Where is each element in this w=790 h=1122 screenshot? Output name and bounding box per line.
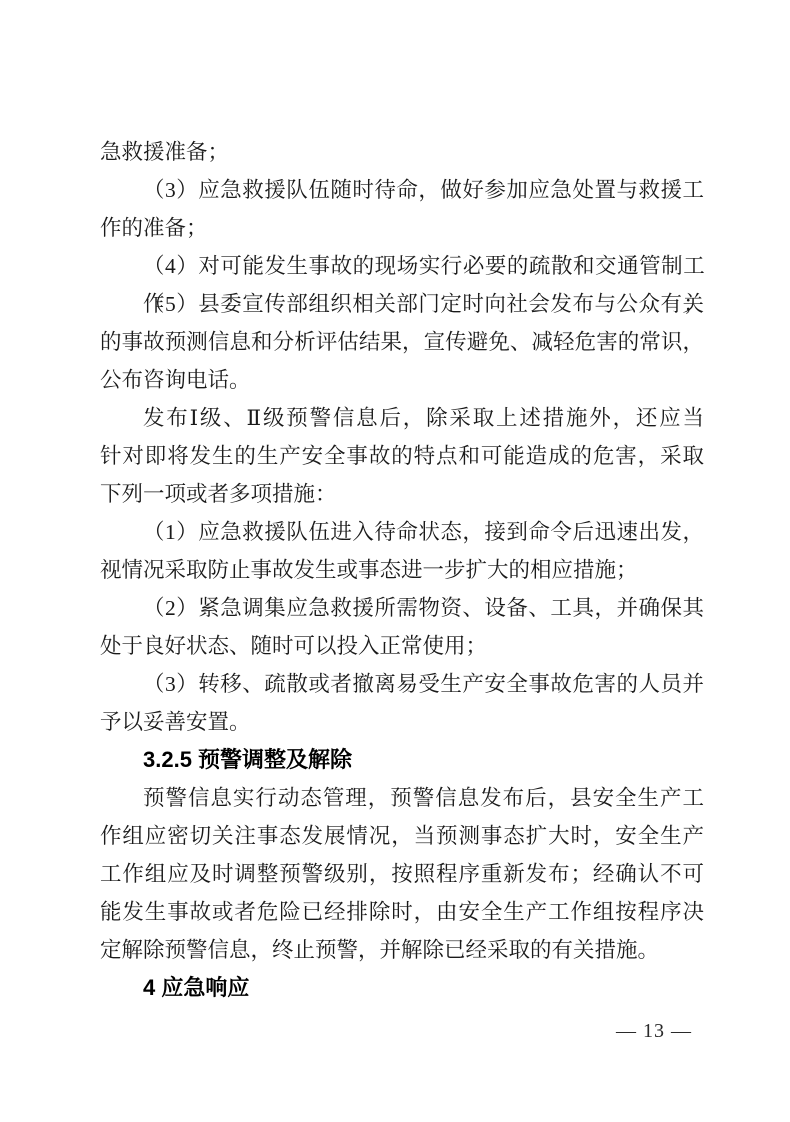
text-line: 作组应密切关注事态发展情况，当预测事态扩大时，安全生产 <box>100 817 704 855</box>
text-line: 下列一项或者多项措施： <box>100 475 704 513</box>
document-body: 急救援准备；（3）应急救援队伍随时待命，做好参加应急处置与救援工作的准备；（4）… <box>100 133 704 1007</box>
text-line: （5）县委宣传部组织相关部门定时向社会发布与公众有关 <box>100 285 704 323</box>
text-line: 定解除预警信息，终止预警，并解除已经采取的有关措施。 <box>100 931 704 969</box>
text-line: （3）应急救援队伍随时待命，做好参加应急处置与救援工 <box>100 171 704 209</box>
text-line: 能发生事故或者危险已经排除时，由安全生产工作组按程序决 <box>100 893 704 931</box>
text-line: 工作组应及时调整预警级别，按照程序重新发布；经确认不可 <box>100 855 704 893</box>
text-line: （1）应急救援队伍进入待命状态，接到命令后迅速出发， <box>100 513 704 551</box>
section-heading: 3.2.5 预警调整及解除 <box>100 741 704 779</box>
text-line: 作的准备； <box>100 209 704 247</box>
document-page: 急救援准备；（3）应急救援队伍随时待命，做好参加应急处置与救援工作的准备；（4）… <box>0 0 790 1122</box>
text-line: 急救援准备； <box>100 133 704 171</box>
text-line: （4）对可能发生事故的现场实行必要的疏散和交通管制工作； <box>100 247 704 285</box>
text-line: 发布Ⅰ级、Ⅱ级预警信息后，除采取上述措施外，还应当 <box>100 399 704 437</box>
text-line: 予以妥善安置。 <box>100 703 704 741</box>
text-line: 预警信息实行动态管理，预警信息发布后，县安全生产工 <box>100 779 704 817</box>
section-heading: 4 应急响应 <box>100 969 704 1007</box>
text-line: （3）转移、疏散或者撤离易受生产安全事故危害的人员并 <box>100 665 704 703</box>
text-line: 处于良好状态、随时可以投入正常使用； <box>100 627 704 665</box>
text-line: 针对即将发生的生产安全事故的特点和可能造成的危害，采取 <box>100 437 704 475</box>
text-line: 视情况采取防止事故发生或事态进一步扩大的相应措施； <box>100 551 704 589</box>
page-number: — 13 — <box>616 1016 692 1046</box>
text-line: 的事故预测信息和分析评估结果，宣传避免、减轻危害的常识， <box>100 323 704 361</box>
text-line: 公布咨询电话。 <box>100 361 704 399</box>
text-line: （2）紧急调集应急救援所需物资、设备、工具，并确保其 <box>100 589 704 627</box>
